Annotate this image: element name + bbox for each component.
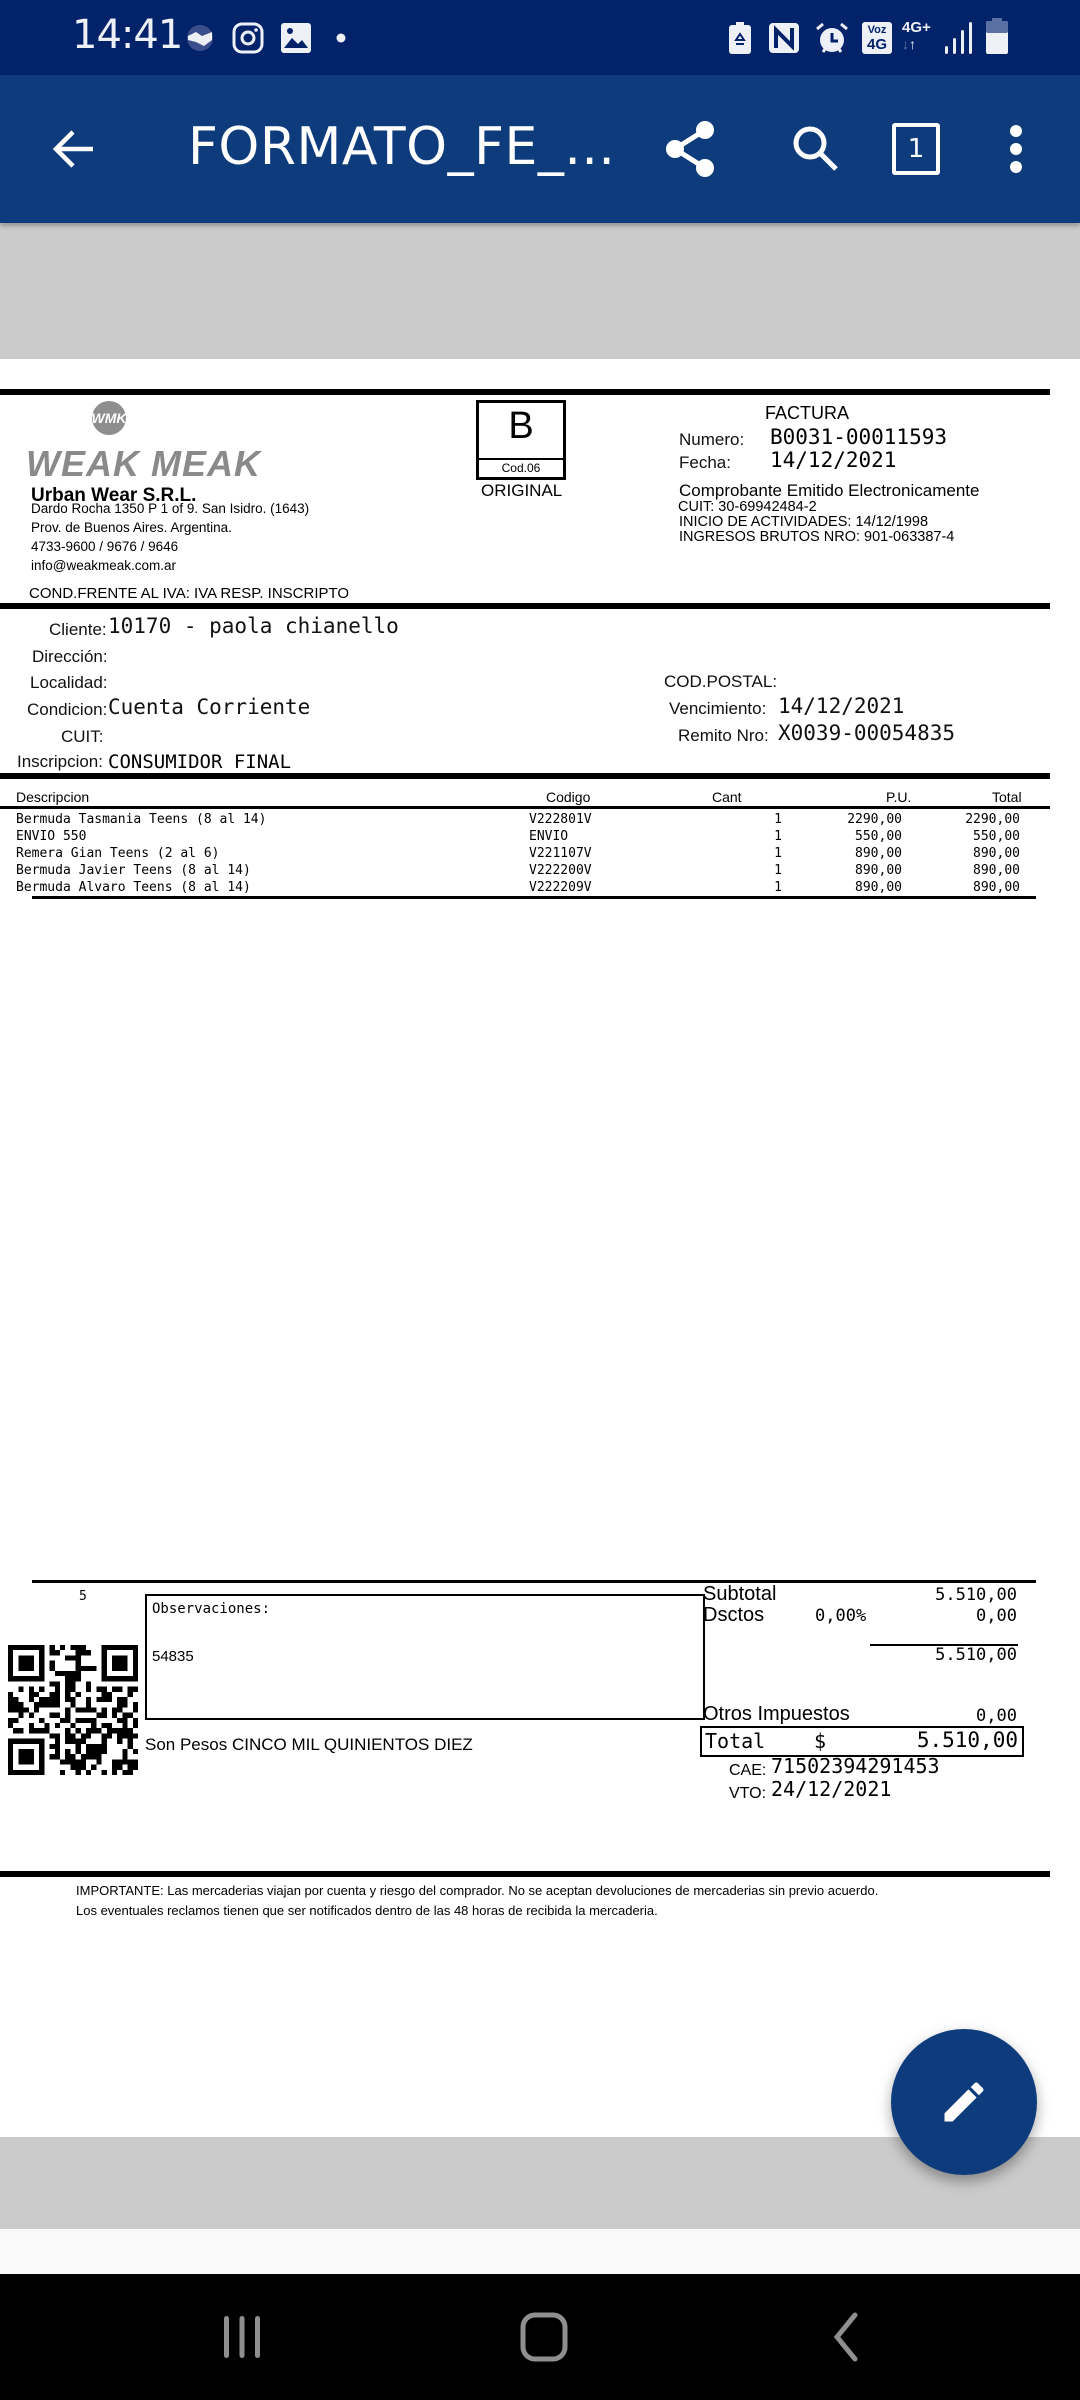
numero-label: Numero: (679, 430, 744, 450)
document-title: FORMATO_FE_... (188, 117, 615, 177)
company-province: Prov. de Buenos Aires. Argentina. (31, 520, 232, 535)
company-address: Dardo Rocha 1350 P 1 of 9. San Isidro. (… (31, 501, 309, 516)
cae-label: CAE: (729, 1762, 766, 1780)
status-time: 14:41 (72, 12, 182, 58)
column-header: Total (992, 789, 1022, 805)
currency-symbol: $ (814, 1729, 826, 1753)
item-quantity: 1 (682, 880, 782, 895)
item-description: Bermuda Tasmania Teens (8 al 14) (16, 812, 266, 827)
item-description: Bermuda Javier Teens (8 al 14) (16, 863, 251, 878)
page-icon: 1 (892, 123, 940, 175)
item-total: 2290,00 (916, 812, 1020, 827)
iva-condition: COND.FRENTE AL IVA: IVA RESP. INSCRIPTO (29, 585, 349, 602)
client-cuit-label: CUIT: (61, 727, 104, 747)
more-vert-icon (1009, 124, 1023, 174)
observations-value: 54835 (152, 1648, 194, 1665)
client-name: 10170 - paola chianello (108, 614, 399, 638)
observations-box: Observaciones: 54835 (145, 1594, 705, 1720)
item-description: ENVIO 550 (16, 829, 86, 844)
volte-icon: Voz 4G (862, 22, 892, 54)
invoice-type-box: B Cod.06 (476, 400, 566, 480)
item-description: Remera Gian Teens (2 al 6) (16, 846, 220, 861)
invoice-date: 14/12/2021 (770, 448, 896, 472)
home-icon (519, 2312, 569, 2362)
item-count: 5 (79, 1589, 87, 1604)
disclaimer-line-2: Los eventuales reclamos tienen que ser n… (76, 1903, 658, 1918)
divider (0, 389, 1050, 395)
item-unit-price: 550,00 (786, 829, 902, 844)
discount-value: 0,00 (870, 1606, 1017, 1626)
divider (32, 1580, 1036, 1583)
company-email: info@weakmeak.com.ar (31, 558, 176, 573)
signal-icon (944, 22, 974, 54)
disclaimer-line-1: IMPORTANTE: Las mercaderias viajan por c… (76, 1883, 878, 1898)
divider (0, 1871, 1050, 1877)
remito-number: X0039-00054835 (778, 721, 955, 745)
column-header: P.U. (886, 789, 911, 805)
subtotal-value: 5.510,00 (870, 1585, 1017, 1605)
item-total: 890,00 (916, 863, 1020, 878)
copy-label: ORIGINAL (481, 481, 562, 501)
item-code: V222209V (529, 880, 592, 895)
item-description: Bermuda Alvaro Teens (8 al 14) (16, 880, 251, 895)
edit-icon (938, 2076, 990, 2128)
due-date: 14/12/2021 (778, 694, 904, 718)
discount-label: Dsctos (703, 1604, 764, 1627)
company-phones: 4733-9600 / 9676 / 9646 (31, 539, 178, 554)
activity-start: INICIO DE ACTIVIDADES: 14/12/1998 (679, 514, 928, 530)
tax-category: CONSUMIDOR FINAL (108, 751, 291, 773)
cae-expiry: 24/12/2021 (771, 1777, 891, 1801)
home-button[interactable] (494, 2302, 594, 2372)
edit-fab[interactable] (891, 2029, 1037, 2175)
dot-icon (336, 22, 346, 54)
item-unit-price: 2290,00 (786, 812, 902, 827)
invoice-type-code: Cod.06 (479, 461, 563, 475)
system-back-button[interactable] (796, 2302, 896, 2372)
postal-code-label: COD.POSTAL: (664, 672, 777, 692)
item-unit-price: 890,00 (786, 863, 902, 878)
subtotal-label: Subtotal (703, 1583, 776, 1606)
item-total: 890,00 (916, 880, 1020, 895)
column-header: Codigo (546, 789, 590, 805)
back-nav-icon (831, 2312, 861, 2362)
item-code: V222200V (529, 863, 592, 878)
vencimiento-label: Vencimiento: (669, 699, 766, 719)
instagram-icon (232, 22, 264, 54)
cae-number: 71502394291453 (771, 1754, 940, 1778)
other-taxes-value: 0,00 (870, 1706, 1017, 1726)
status-bar: 14:41 Voz 4G 4G+ ↓↑ (0, 0, 1080, 75)
back-icon (51, 126, 97, 172)
fecha-label: Fecha: (679, 453, 731, 473)
column-header: Cant (712, 789, 742, 805)
total-value: 5.510,00 (852, 1728, 1018, 1752)
other-taxes-label: Otros Impuestos (703, 1703, 850, 1726)
divider (479, 458, 563, 460)
column-header: Descripcion (16, 789, 89, 805)
amount-in-words: Son Pesos CINCO MIL QUINIENTOS DIEZ (145, 1735, 473, 1755)
localidad-label: Localidad: (30, 673, 108, 693)
app-bar: FORMATO_FE_... 1 (0, 75, 1080, 223)
alarm-icon (815, 22, 849, 54)
battery-saver-icon (728, 22, 752, 54)
share-icon (663, 120, 717, 178)
payment-condition: Cuenta Corriente (108, 695, 310, 719)
viewer-background (0, 223, 1080, 359)
direccion-label: Dirección: (32, 647, 108, 667)
item-quantity: 1 (682, 812, 782, 827)
discount-percent: 0,00% (815, 1606, 866, 1626)
item-total: 890,00 (916, 846, 1020, 861)
total-box: Total $ 5.510,00 (700, 1726, 1024, 1757)
search-button[interactable] (776, 109, 856, 189)
item-unit-price: 890,00 (786, 846, 902, 861)
observations-label: Observaciones: (152, 1601, 270, 1617)
item-code: V222801V (529, 812, 592, 827)
electronic-notice: Comprobante Emitido Electronicamente (679, 481, 979, 501)
divider (0, 773, 1050, 779)
qr-code (8, 1645, 138, 1775)
brand-logo: WEAK MEAK (26, 443, 261, 485)
invoice-type-letter: B (479, 405, 563, 448)
item-code: V221107V (529, 846, 592, 861)
search-icon (791, 124, 841, 174)
battery-icon (986, 18, 1008, 54)
item-quantity: 1 (682, 863, 782, 878)
share-button[interactable] (650, 109, 730, 189)
gallery-icon (280, 22, 312, 54)
recents-icon (220, 2314, 264, 2360)
item-quantity: 1 (682, 846, 782, 861)
table-row: Bermuda Alvaro Teens (8 al 14)V222209V18… (16, 880, 1020, 897)
item-code: ENVIO (529, 829, 568, 844)
more-options-button[interactable] (976, 109, 1056, 189)
gross-income-number: INGRESOS BRUTOS NRO: 901-063387-4 (679, 529, 954, 545)
item-unit-price: 890,00 (786, 880, 902, 895)
back-button[interactable] (34, 109, 114, 189)
inscripcion-label: Inscripcion: (17, 752, 103, 772)
vto-label: VTO: (729, 1785, 766, 1803)
condicion-label: Condicion: (27, 700, 107, 720)
divider (0, 806, 1050, 809)
table-row: ENVIO 550ENVIO1550,00550,00 (16, 829, 1020, 846)
company-cuit: CUIT: 30-69942484-2 (678, 499, 817, 515)
net-value: 5.510,00 (870, 1645, 1017, 1665)
remito-label: Remito Nro: (678, 726, 769, 746)
divider (0, 603, 1050, 609)
total-label: Total (705, 1729, 765, 1753)
item-quantity: 1 (682, 829, 782, 844)
item-total: 550,00 (916, 829, 1020, 844)
nfc-icon (768, 22, 800, 54)
table-header: Descripcion Codigo Cant P.U. Total (16, 789, 1020, 806)
handshake-icon (182, 22, 218, 54)
table-row: Bermuda Javier Teens (8 al 14)V222200V18… (16, 863, 1020, 880)
recents-button[interactable] (192, 2302, 292, 2372)
cliente-label: Cliente: (49, 620, 107, 640)
doc-title: FACTURA (765, 403, 849, 424)
page-number-button[interactable]: 1 (876, 109, 956, 189)
viewer-footer (0, 2229, 1080, 2274)
invoice-number: B0031-00011593 (770, 425, 947, 449)
table-row: Bermuda Tasmania Teens (8 al 14)V222801V… (16, 812, 1020, 829)
network-4g-plus-icon: 4G+ ↓↑ (902, 20, 936, 56)
divider (32, 896, 1036, 899)
navigation-bar (0, 2274, 1080, 2400)
logo-mark: WMK (92, 401, 126, 435)
table-row: Remera Gian Teens (2 al 6)V221107V1890,0… (16, 846, 1020, 863)
